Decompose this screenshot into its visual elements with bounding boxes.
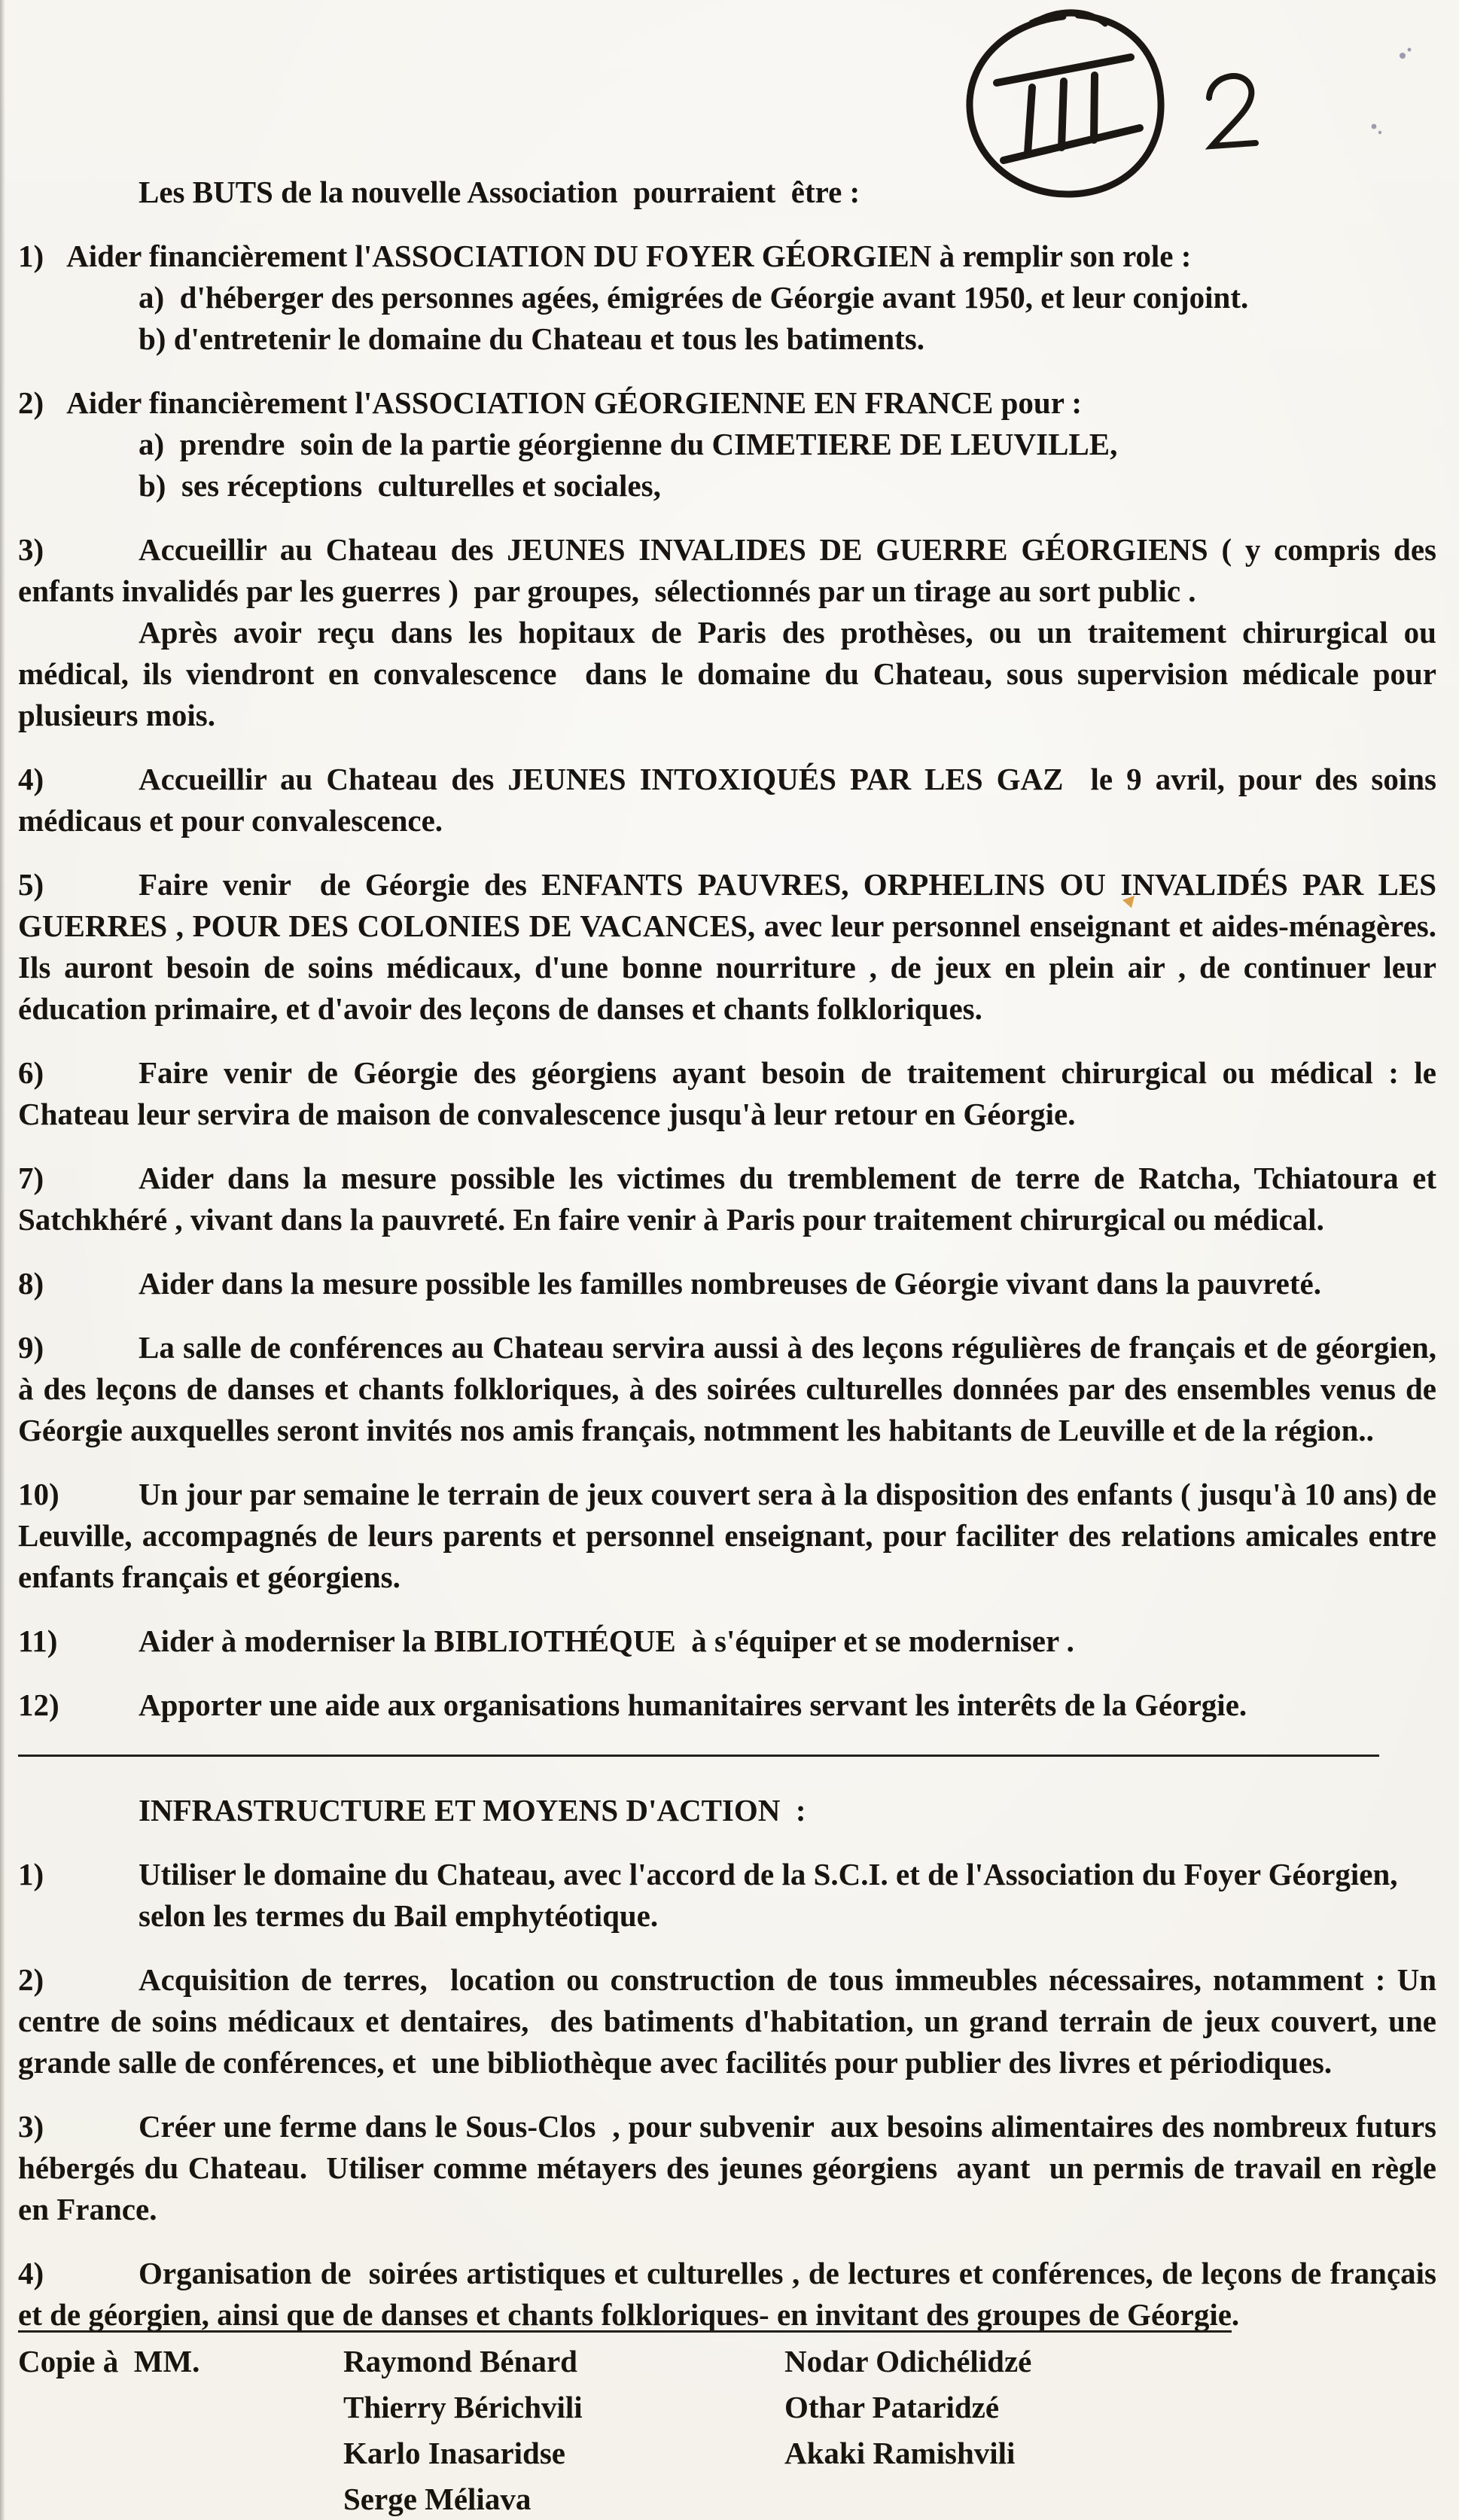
item-text: Utiliser le domaine du Chateau, avec l'a… (139, 1854, 1436, 1937)
infra-item-4: 4) Organisation de soirées artistiques e… (18, 2253, 1436, 2336)
item-text: La salle de conférences au Chateau servi… (18, 1327, 1436, 1451)
item-text: Aider dans la mesure possible les famill… (18, 1263, 1436, 1304)
infra-item-1: 1) Utiliser le domaine du Chateau, avec … (18, 1854, 1436, 1937)
item-number: 11) (18, 1621, 57, 1662)
goal-subitem-b: b) d'entretenir le domaine du Chateau et… (139, 318, 1436, 360)
goal-item-11: 11) Aider à moderniser la BIBLIOTHÉQUE à… (18, 1621, 1436, 1662)
item-text: Aider à moderniser la BIBLIOTHÉQUE à s'é… (18, 1621, 1436, 1662)
goal-item-7: 7) Aider dans la mesure possible les vic… (18, 1158, 1436, 1240)
footer-columns: Copie à MM. Raymond Bénard Thierry Béric… (18, 2339, 1436, 2520)
item-number: 1) (18, 1854, 44, 1895)
handwritten-page-annotation: III 2 (950, 5, 1459, 206)
goal-item-10: 10) Un jour par semaine le terrain de je… (18, 1474, 1436, 1598)
item-number: 2) (18, 1959, 44, 2001)
recipient-column-2: Nodar Odichélidzé Othar Pataridzé Akaki … (784, 2339, 1436, 2520)
copy-to-label: Copie à MM. (18, 2339, 343, 2520)
item-text: Aider financièrement l'ASSOCIATION DU FO… (66, 239, 1191, 273)
item-text: Acquisition de terres, location ou const… (18, 1959, 1436, 2083)
document-body: Les BUTS de la nouvelle Association pour… (0, 0, 1459, 2336)
goal-item-8: 8) Aider dans la mesure possible les fam… (18, 1263, 1436, 1304)
footer-distribution: Copie à MM. Raymond Bénard Thierry Béric… (18, 2330, 1436, 2520)
item-text: Créer une ferme dans le Sous-Clos , pour… (18, 2106, 1436, 2230)
item-text: Aider financièrement l'ASSOCIATION GÉORG… (66, 385, 1082, 420)
item-text: Apporter une aide aux organisations huma… (18, 1685, 1436, 1726)
item-text: Accueillir au Chateau des JEUNES INVALID… (18, 529, 1436, 612)
recipient-name: Raymond Bénard (343, 2339, 784, 2385)
recipient-name: Serge Méliava (343, 2476, 784, 2520)
item-text: Un jour par semaine le terrain de jeux c… (18, 1474, 1436, 1598)
goal-item-3: 3) Accueillir au Chateau des JEUNES INVA… (18, 529, 1436, 736)
item-number: 4) (18, 759, 44, 800)
recipient-name: Akaki Ramishvili (784, 2430, 1436, 2476)
goal-item-6: 6) Faire venir de Géorgie des géorgiens … (18, 1052, 1436, 1135)
goal-item-5: 5) Faire venir de Géorgie des ENFANTS PA… (18, 864, 1436, 1030)
recipient-name: Karlo Inasaridse (343, 2430, 784, 2476)
goal-item-line: 1)Aider financièrement l'ASSOCIATION DU … (18, 236, 1436, 277)
item-text: Faire venir de Géorgie des géorgiens aya… (18, 1052, 1436, 1135)
item-number: 7) (18, 1158, 44, 1199)
recipient-column-1: Raymond Bénard Thierry Bérichvili Karlo … (343, 2339, 784, 2520)
infrastructure-heading: INFRASTRUCTURE ET MOYENS D'ACTION : (139, 1790, 1436, 1831)
item-number: 9) (18, 1327, 44, 1368)
recipient-name: Thierry Bérichvili (343, 2385, 784, 2430)
recipient-name: Nodar Odichélidzé (784, 2339, 1436, 2385)
section-divider-line (18, 1755, 1379, 1757)
goal-item-9: 9) La salle de conférences au Chateau se… (18, 1327, 1436, 1451)
goal-item-2: 2)Aider financièrement l'ASSOCIATION GÉO… (18, 382, 1436, 507)
goal-item-4: 4) Accueillir au Chateau des JEUNES INTO… (18, 759, 1436, 842)
item-text: Faire venir de Géorgie des ENFANTS PAUVR… (18, 864, 1436, 1030)
item-text-continued: Après avoir reçu dans les hopitaux de Pa… (18, 612, 1436, 736)
item-number: 4) (18, 2253, 44, 2294)
item-number: 5) (18, 864, 44, 905)
handwritten-circle-III-icon (950, 5, 1459, 206)
footer-divider-line (18, 2330, 1232, 2333)
item-number: 10) (18, 1474, 59, 1515)
item-number: 6) (18, 1052, 44, 1094)
goal-item-1: 1)Aider financièrement l'ASSOCIATION DU … (18, 236, 1436, 360)
item-number: 1) (18, 239, 44, 273)
item-text: Accueillir au Chateau des JEUNES INTOXIQ… (18, 759, 1436, 842)
document-page: III 2 Les BUTS de la n (0, 0, 1459, 2520)
goal-subitem-a: a) prendre soin de la partie géorgienne … (139, 424, 1436, 465)
infra-item-2: 2) Acquisition de terres, location ou co… (18, 1959, 1436, 2083)
item-number: 3) (18, 529, 44, 571)
infra-item-3: 3) Créer une ferme dans le Sous-Clos , p… (18, 2106, 1436, 2230)
goal-item-12: 12) Apporter une aide aux organisations … (18, 1685, 1436, 1726)
item-text: Aider dans la mesure possible les victim… (18, 1158, 1436, 1240)
item-number: 8) (18, 1263, 44, 1304)
goal-item-line: 2)Aider financièrement l'ASSOCIATION GÉO… (18, 382, 1436, 424)
goal-subitem-b: b) ses réceptions culturelles et sociale… (139, 465, 1436, 507)
recipient-name: Othar Pataridzé (784, 2385, 1436, 2430)
item-number: 3) (18, 2106, 44, 2147)
item-number: 2) (18, 385, 44, 420)
item-number: 12) (18, 1685, 59, 1726)
goal-subitem-a: a) d'héberger des personnes agées, émigr… (139, 277, 1436, 318)
item-text: Organisation de soirées artistiques et c… (18, 2253, 1436, 2336)
